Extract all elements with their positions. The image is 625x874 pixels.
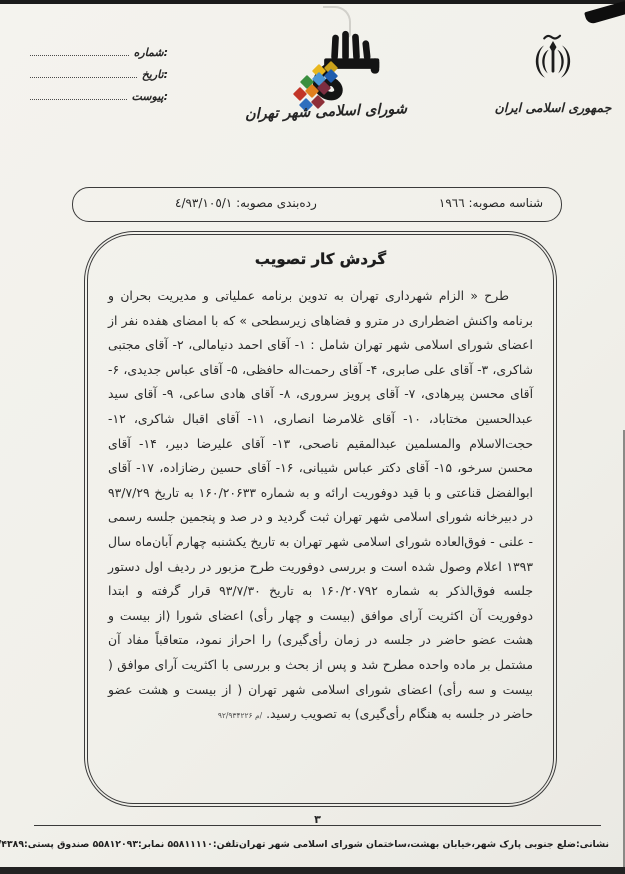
number-field-label: شماره: (134, 46, 168, 59)
document-inner-border: گردش کار تصویب طرح « الزام شهرداری تهران… (87, 234, 554, 804)
document-body-text: طرح « الزام شهرداری تهران به تدوین برنام… (108, 288, 533, 721)
number-field-row: شماره: (30, 44, 168, 59)
document-title: گردش کار تصویب (106, 250, 535, 268)
number-field-dotted-line (30, 55, 129, 56)
resolution-id: شناسه مصوبه: ١٩٦٦ (439, 196, 543, 210)
footer-address-line: نشانی:ضلع جنوبی پارک شهر،خیابان بهشت،ساخ… (8, 838, 609, 850)
attachment-field-label: پیوست: (132, 90, 169, 103)
national-emblem-block: جمهوری اسلامی ایران (487, 34, 619, 115)
council-logo: شورای اسلامی شهر تهران (248, 28, 403, 138)
council-logo-caption: شورای اسلامی شهر تهران (236, 101, 416, 123)
resolution-classification-value: ٤/٩٣/١٠٥/١ (175, 196, 232, 210)
resolution-id-label: شناسه مصوبه: (469, 196, 543, 210)
scan-edge-top (0, 0, 625, 4)
document-body-paragraph: طرح « الزام شهرداری تهران به تدوین برنام… (108, 284, 533, 729)
resolution-id-bar: شناسه مصوبه: ١٩٦٦ رده‌بندی مصوبه: ٤/٩٣/١… (72, 187, 562, 222)
letterhead-fields: شماره: تاریخ: پیوست: (30, 44, 168, 110)
resolution-classification-label: رده‌بندی مصوبه: (236, 196, 317, 210)
date-field-row: تاریخ: (30, 66, 168, 81)
typist-reference-number: /م ۹۲/۹۳۴۲۲۶ (218, 711, 262, 720)
iran-emblem-icon (526, 34, 580, 90)
footer-contact: تلفن:۵۵۸۱۱۱۱۰ نمابر:۵۵۸۱۲۰۹۳ صندوق پستی:… (0, 839, 239, 850)
date-field-dotted-line (30, 77, 137, 78)
footer-address: نشانی:ضلع جنوبی پارک شهر،خیابان بهشت،ساخ… (239, 839, 609, 850)
scanned-document-page: شماره: تاریخ: پیوست: شورای اسلامی شهر ته… (0, 0, 625, 874)
attachment-field-dotted-line (30, 99, 127, 100)
national-emblem-caption: جمهوری اسلامی ایران (487, 100, 619, 115)
attachment-field-row: پیوست: (30, 88, 168, 103)
page-number: ۳ (309, 813, 326, 826)
scan-edge-bottom (0, 867, 625, 874)
document-border-box: گردش کار تصویب طرح « الزام شهرداری تهران… (84, 231, 557, 807)
resolution-id-value: ١٩٦٦ (439, 196, 465, 210)
footer-rule: ۳ (34, 825, 601, 826)
date-field-label: تاریخ: (142, 68, 168, 81)
resolution-classification: رده‌بندی مصوبه: ٤/٩٣/١٠٥/١ (175, 196, 317, 210)
